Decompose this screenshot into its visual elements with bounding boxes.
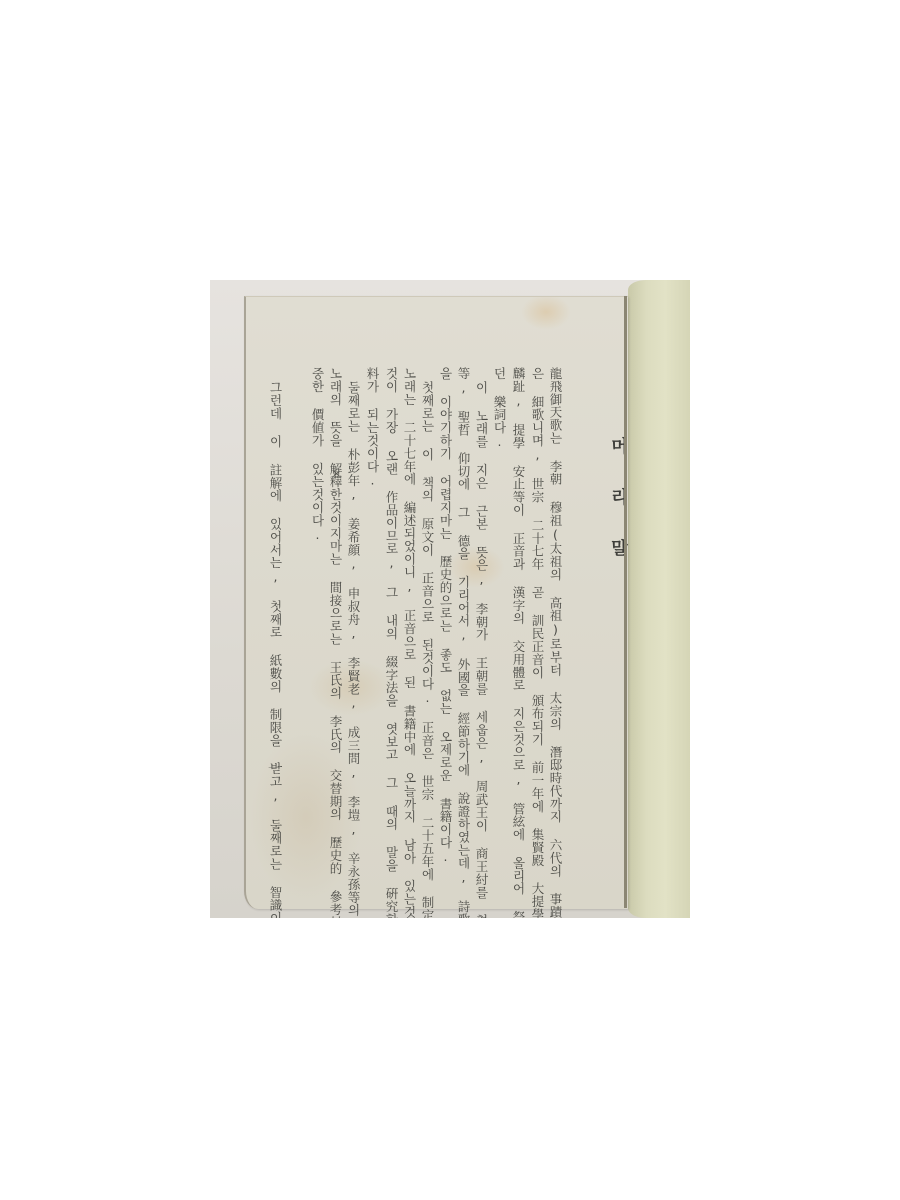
text-column: 둘째로는 朴彭年, 姜希顔, 申叔舟, 李賢老, 成三問, 李塏, 辛永孫等의 … [346,381,360,918]
text-column: 麟趾, 提學 安止等이 正音과 漢字의 交用體로 지은것으로, 管絃에 올리어 … [511,367,525,918]
text-column: 그런데 이 註解에 있어서는, 첫째로 紙數의 制限을 받고, 둘째로는 智識이… [268,381,282,918]
book-photo: 머리말 龍飛御天歌는 李朝 穆祖(太祖의 高祖)로부터 太宗의 潛邸時代까지 六… [210,280,690,918]
text-column: 던 樂詞다. [492,367,506,449]
text-column: 龍飛御天歌는 李朝 穆祖(太祖의 高祖)로부터 太宗의 潛邸時代까지 六代의 事… [548,367,562,918]
text-column: 等, 聖哲 仰切에 그 德을 기리어서, 外國을 經節하기에 說證하였는데, 詩… [456,367,470,918]
text-column: 노래는 二十七年에 編述되었이니, 正音으로 된 書籍中에 오늘까지 남아 있는… [402,367,416,918]
text-column: 料가 되는것이다. [365,367,379,488]
section-separator: × [332,467,341,480]
text-column: 것이 가장 오랜 作品이므로, 그 내의 綴字法을 엿보고 그 때의 말을 硏究… [384,367,398,918]
facing-page-curl [628,280,690,918]
text-column: 중한 價値가 있는것이다. [310,367,324,542]
text-column: 은 細歌니며, 世宗 二十七年 곧 訓民正音이 頒布되기 前一年에 集賢殿 大提… [530,367,544,918]
text-column: 이 노래를 지은 근본 뜻은, 李朝가 王朝를 세웁은, 周武王이 商王紂를 쳤… [474,381,488,918]
page-edge [624,296,627,908]
book-page: 머리말 龍飛御天歌는 李朝 穆祖(太祖의 高祖)로부터 太宗의 潛邸時代까지 六… [244,296,628,909]
text-column: 을 이야기하기 어렵지마는 歷史的으로는 좋도 없는 오제로운 書籍이다. [438,367,452,864]
text-column: 노래의 뜻을 解釋한것이지마는 間接으로는 王氏의 李氏의 交替期의 歷史的 參… [328,367,342,918]
page-number: 一 [268,759,280,776]
text-column: 첫째로는 이 책의 原文이 正音으로 된것이다. 正音은 世宗 二十五年에 制定… [420,381,434,918]
